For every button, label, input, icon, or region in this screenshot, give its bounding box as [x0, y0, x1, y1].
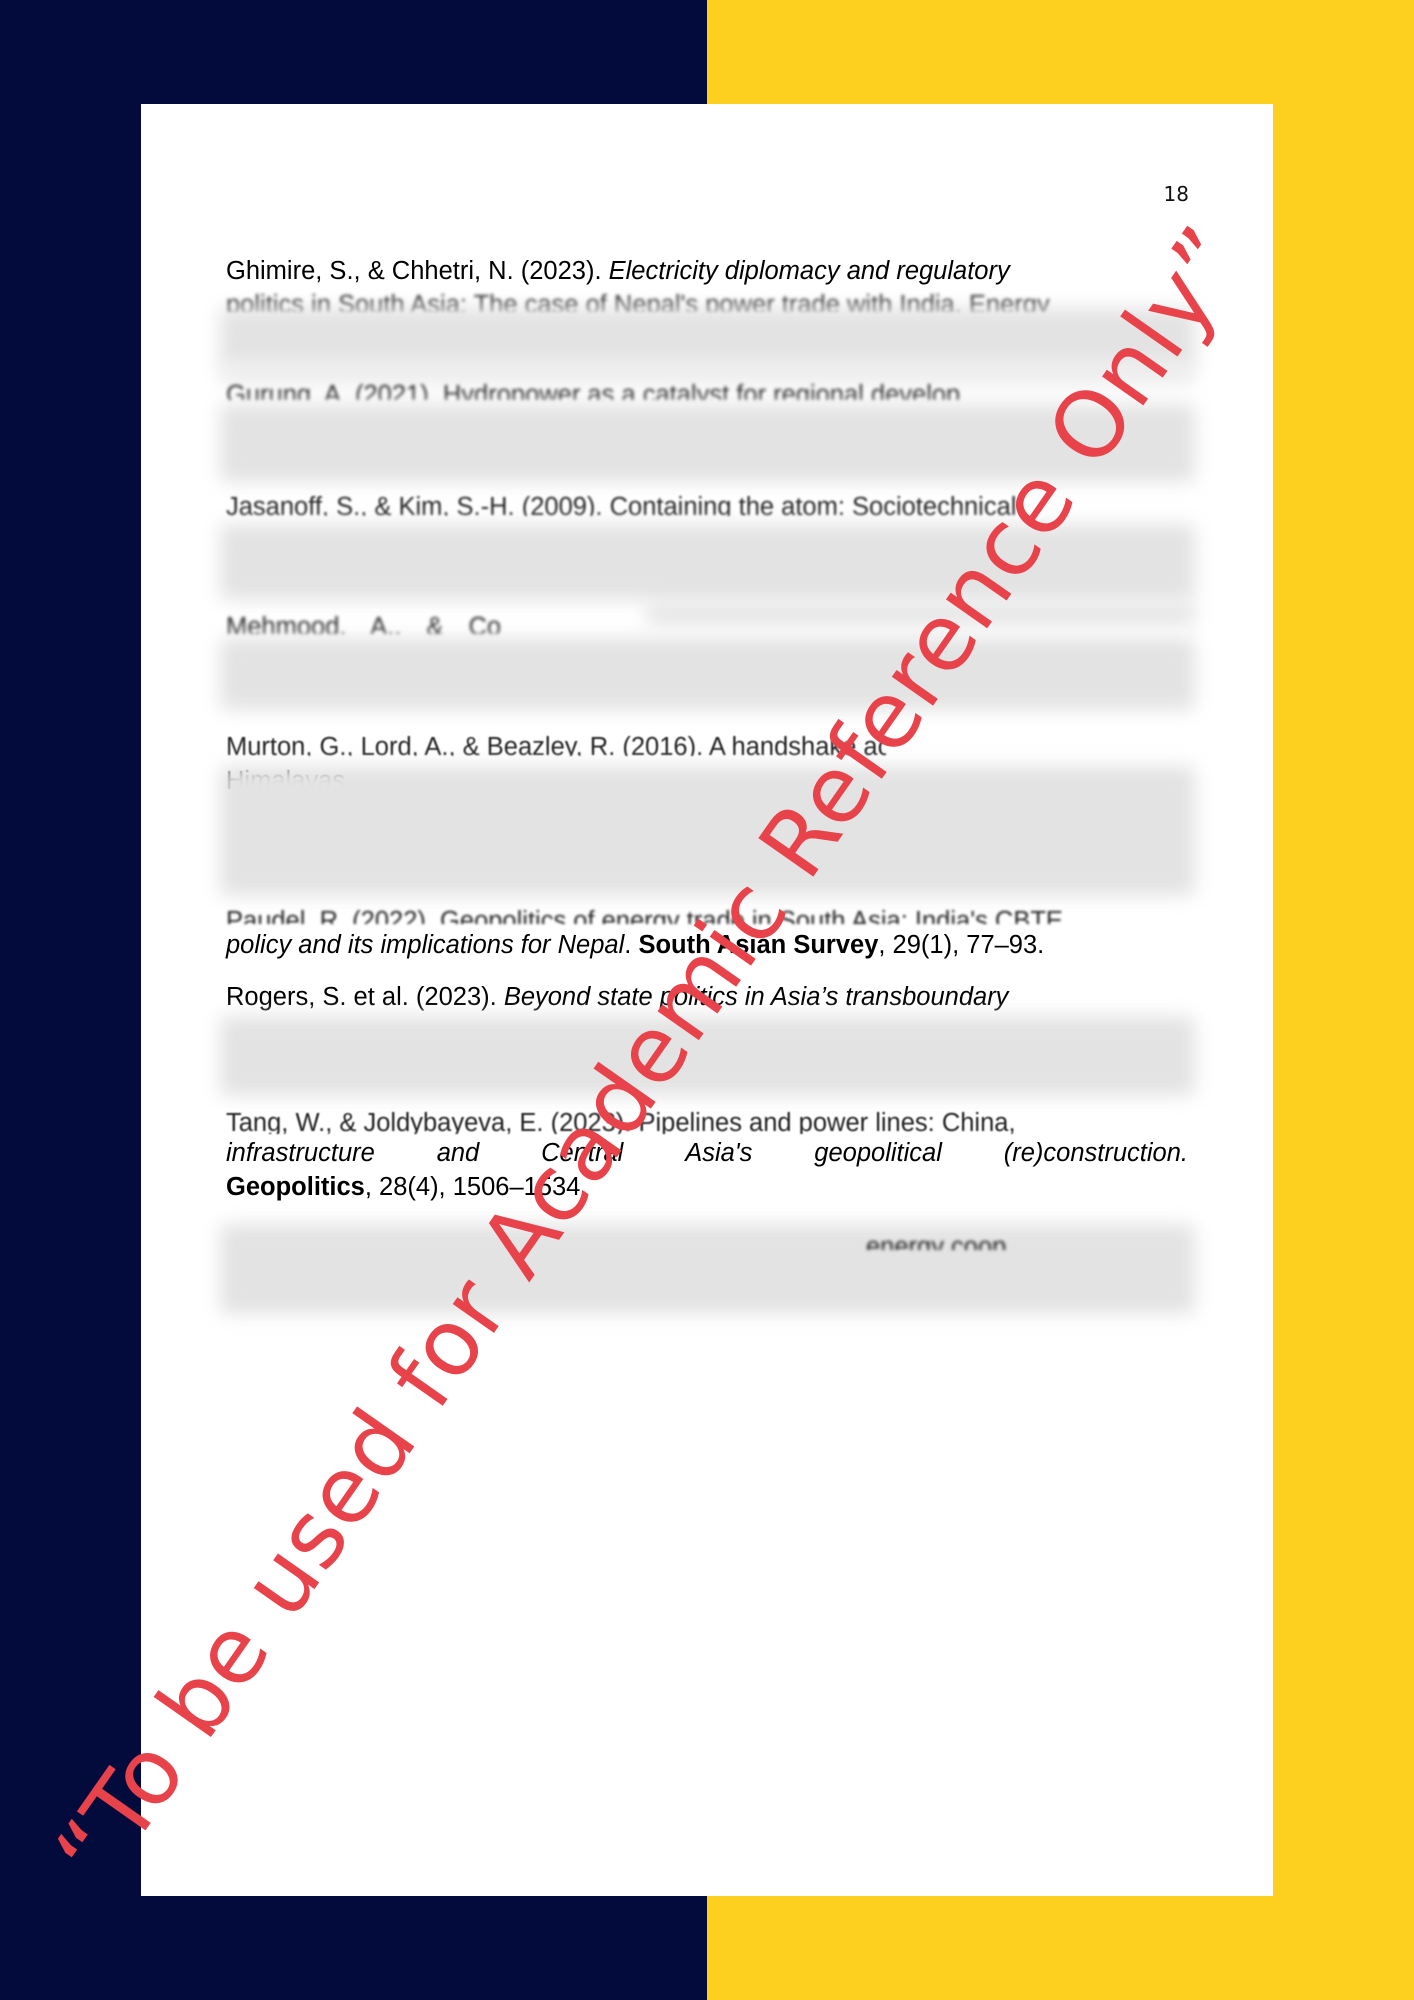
- reference-title: Electricity diplomacy and regulatory: [609, 257, 1010, 285]
- redacted-block: [220, 524, 1195, 600]
- page-number: 18: [1164, 182, 1189, 206]
- redacted-block: [646, 604, 1196, 624]
- reference-details: , 28(4), 1506–1534.: [365, 1173, 588, 1201]
- reference-entry: Ghimire, S., & Chhetri, N. (2023). Elect…: [226, 254, 1188, 288]
- reference-entry: Gurung, A. (2021). Hydropower as a catal…: [226, 378, 1188, 400]
- reference-entry: Jasanoff, S., & Kim, S.-H. (2009). Conta…: [226, 490, 1188, 516]
- reference-journal: Geopolitics: [226, 1173, 365, 1201]
- redacted-block: [220, 1016, 1195, 1096]
- redacted-block: [220, 1224, 1195, 1314]
- reference-details: , 29(1), 77–93.: [878, 931, 1044, 959]
- reference-entry: Murton, G., Lord, A., & Beazley, R. (201…: [226, 730, 886, 756]
- reference-entry: Mehmood, A., & Co: [226, 610, 646, 634]
- reference-title: Beyond state politics in Asia’s transbou…: [504, 983, 1009, 1011]
- redacted-block: [220, 638, 1195, 710]
- reference-partial-line: Paudel, R. (2022). Geopolitics of energy…: [226, 904, 1188, 924]
- reference-authors: Rogers, S. et al. (2023).: [226, 983, 504, 1011]
- reference-entry: Tang, W., & Joldybayeva, E. (2023). Pipe…: [226, 1106, 1188, 1134]
- reference-title: policy and its implications for Nepal: [226, 931, 624, 959]
- reference-entry: Rogers, S. et al. (2023). Beyond state p…: [226, 980, 1188, 1014]
- redacted-block: [220, 766, 1195, 896]
- reference-entry: policy and its implications for Nepal. S…: [226, 928, 1188, 962]
- reference-title-line: infrastructure and Central Asia's geopol…: [226, 1136, 1188, 1170]
- reference-partial-line: energy coope: [866, 1230, 1006, 1250]
- document-page: 18 Ghimire, S., & Chhetri, N. (2023). El…: [141, 104, 1273, 1896]
- redacted-block: [220, 308, 1195, 368]
- reference-authors: Ghimire, S., & Chhetri, N. (2023).: [226, 257, 609, 285]
- redacted-block: [220, 404, 1195, 482]
- reference-journal-line: Geopolitics, 28(4), 1506–1534.: [226, 1170, 1188, 1204]
- reference-journal: South Asian Survey: [638, 931, 878, 959]
